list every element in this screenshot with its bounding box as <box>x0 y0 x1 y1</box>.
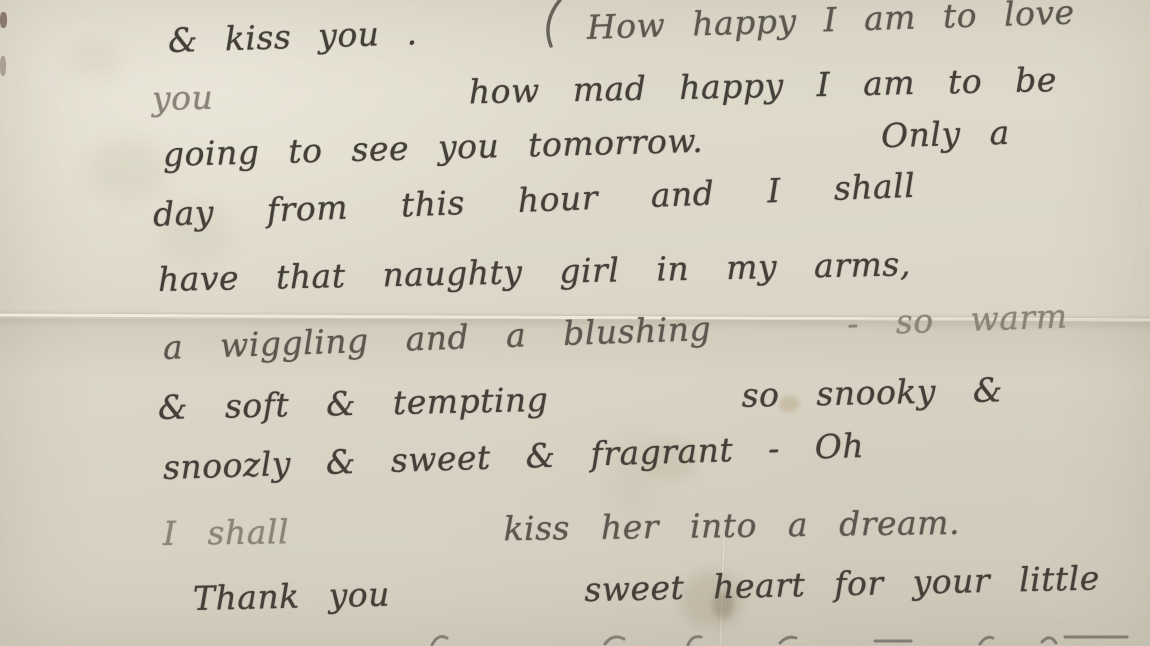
letter-line-5: have that naughty girl in my arms, <box>158 244 1043 296</box>
letter-line-8: snoozly & sweet & fragrant - Oh <box>162 424 1035 484</box>
handwritten-text: going to see you tomorrow. <box>163 124 704 171</box>
handwritten-text: & soft & tempting <box>158 383 549 424</box>
letter-line-2: you how mad happy I am to be <box>152 63 1057 115</box>
letter-line-3: going to see you tomorrow. Only a <box>163 116 1011 171</box>
ink-showthrough-mark <box>86 140 166 200</box>
handwritten-text: kiss her into a dream. <box>503 506 960 545</box>
letter-line-10: Thank you sweet heart for your little <box>193 561 1101 615</box>
letter-line-1: & kiss you . How happy I am to love <box>167 0 1075 57</box>
letter-page: & kiss you . How happy I am to love you … <box>0 0 1150 646</box>
handwritten-text: sweet heart for your little <box>584 561 1100 606</box>
ink-showthrough-mark <box>70 40 122 78</box>
handwritten-text: day from this hour and I shall <box>152 169 915 231</box>
handwritten-text: you <box>152 81 214 115</box>
handwritten-text: & kiss you . <box>167 16 417 57</box>
handwritten-text: how mad happy I am to be <box>469 63 1058 108</box>
handwritten-text: so snooky & <box>741 373 1003 411</box>
handwritten-text: snoozly & sweet & fragrant - Oh <box>162 429 864 484</box>
edge-speck <box>0 56 6 76</box>
letter-line-9: I shall kiss her into a dream. <box>163 506 960 550</box>
handwritten-text: - so warm <box>847 299 1068 340</box>
handwritten-text: Thank you <box>193 578 391 615</box>
letter-line-7: & soft & tempting so snooky & <box>158 373 1004 424</box>
handwritten-text: Only a <box>881 116 1010 152</box>
edge-speck <box>0 12 7 28</box>
handwritten-text: How happy I am to love <box>586 0 1075 44</box>
cutoff-strokes-next-line <box>420 630 1130 646</box>
handwritten-text: have that naughty girl in my arms, <box>158 247 911 296</box>
letter-line-4: day from this hour and I shall <box>152 164 1035 231</box>
handwritten-text: I shall <box>163 515 289 550</box>
